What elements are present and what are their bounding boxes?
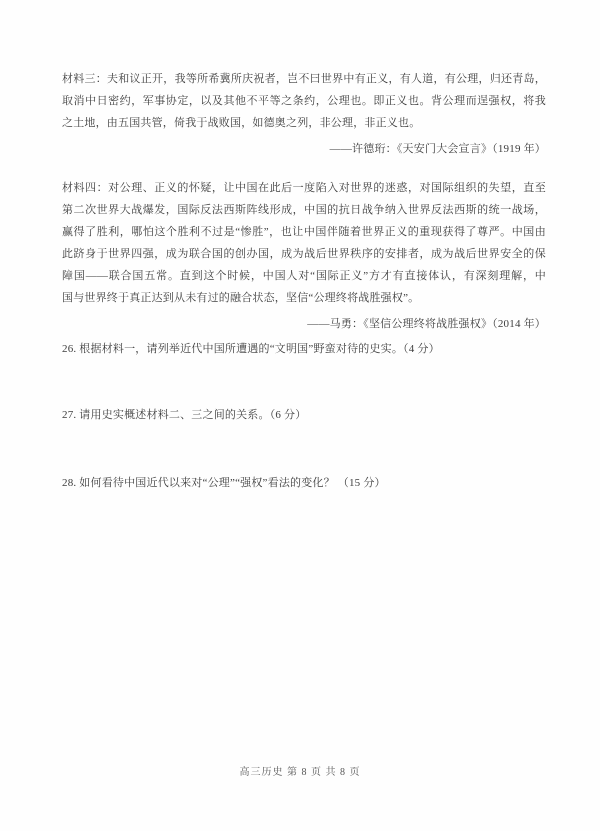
text-line: 材料三：夫和议正开，我等所希冀所庆祝者，岂不曰世界中有正义，有人道，有公理，归还… [62, 68, 546, 90]
question-28: 28. 如何看待中国近代以来对“公理”“强权”看法的变化？ （15 分） [62, 472, 546, 494]
text-line: 赢得了胜利，哪怕这个胜利不过是“惨胜”，也让中国伴随着世界正义的重现获得了尊严。… [62, 221, 546, 243]
question-27: 27. 请用史实概述材料二、三之间的关系。（6 分） [62, 404, 546, 426]
material-four-paragraph: 材料四：对公理、正义的怀疑，让中国在此后一度陷入对世界的迷惑，对国际组织的失望，… [62, 177, 546, 335]
material-four-attribution: ——马勇：《坚信公理终将战胜强权》（2014 年） [62, 313, 546, 335]
text-line: 障国——联合国五常。直到这个时候，中国人对“国际正义”方才有直接体认，有深刻理解… [62, 265, 546, 287]
page-footer: 高三历史 第 8 页 共 8 页 [0, 766, 600, 780]
material-three-paragraph: 材料三：夫和议正开，我等所希冀所庆祝者，岂不曰世界中有正义，有人道，有公理，归还… [62, 68, 546, 160]
question-26: 26. 根据材料一，请列举近代中国所遭遇的“文明国”野蛮对待的史实。（4 分） [62, 338, 546, 360]
text-line: 国与世界终于真正达到从未有过的融合状态，坚信“公理终将战胜强权”。 [62, 287, 546, 309]
text-line: 取消中日密约，军事协定，以及其他不平等之条约，公理也。即正义也。背公理而逞强权，… [62, 90, 546, 112]
exam-page: 材料三：夫和议正开，我等所希冀所庆祝者，岂不曰世界中有正义，有人道，有公理，归还… [0, 0, 600, 831]
text-line: 材料四：对公理、正义的怀疑，让中国在此后一度陷入对世界的迷惑，对国际组织的失望，… [62, 177, 546, 199]
material-three-attribution: ——许德珩：《天安门大会宣言》（1919 年） [62, 138, 546, 160]
text-line: 第二次世界大战爆发，国际反法西斯阵线形成，中国的抗日战争纳入世界反法西斯的统一战… [62, 199, 546, 221]
text-line: 此跻身于世界四强，成为联合国的创办国，成为战后世界秩序的安排者，成为战后世界安全… [62, 243, 546, 265]
text-line: 之土地，由五国共管，倚我于战败国，如德奥之列，非公理，非正义也。 [62, 112, 546, 134]
